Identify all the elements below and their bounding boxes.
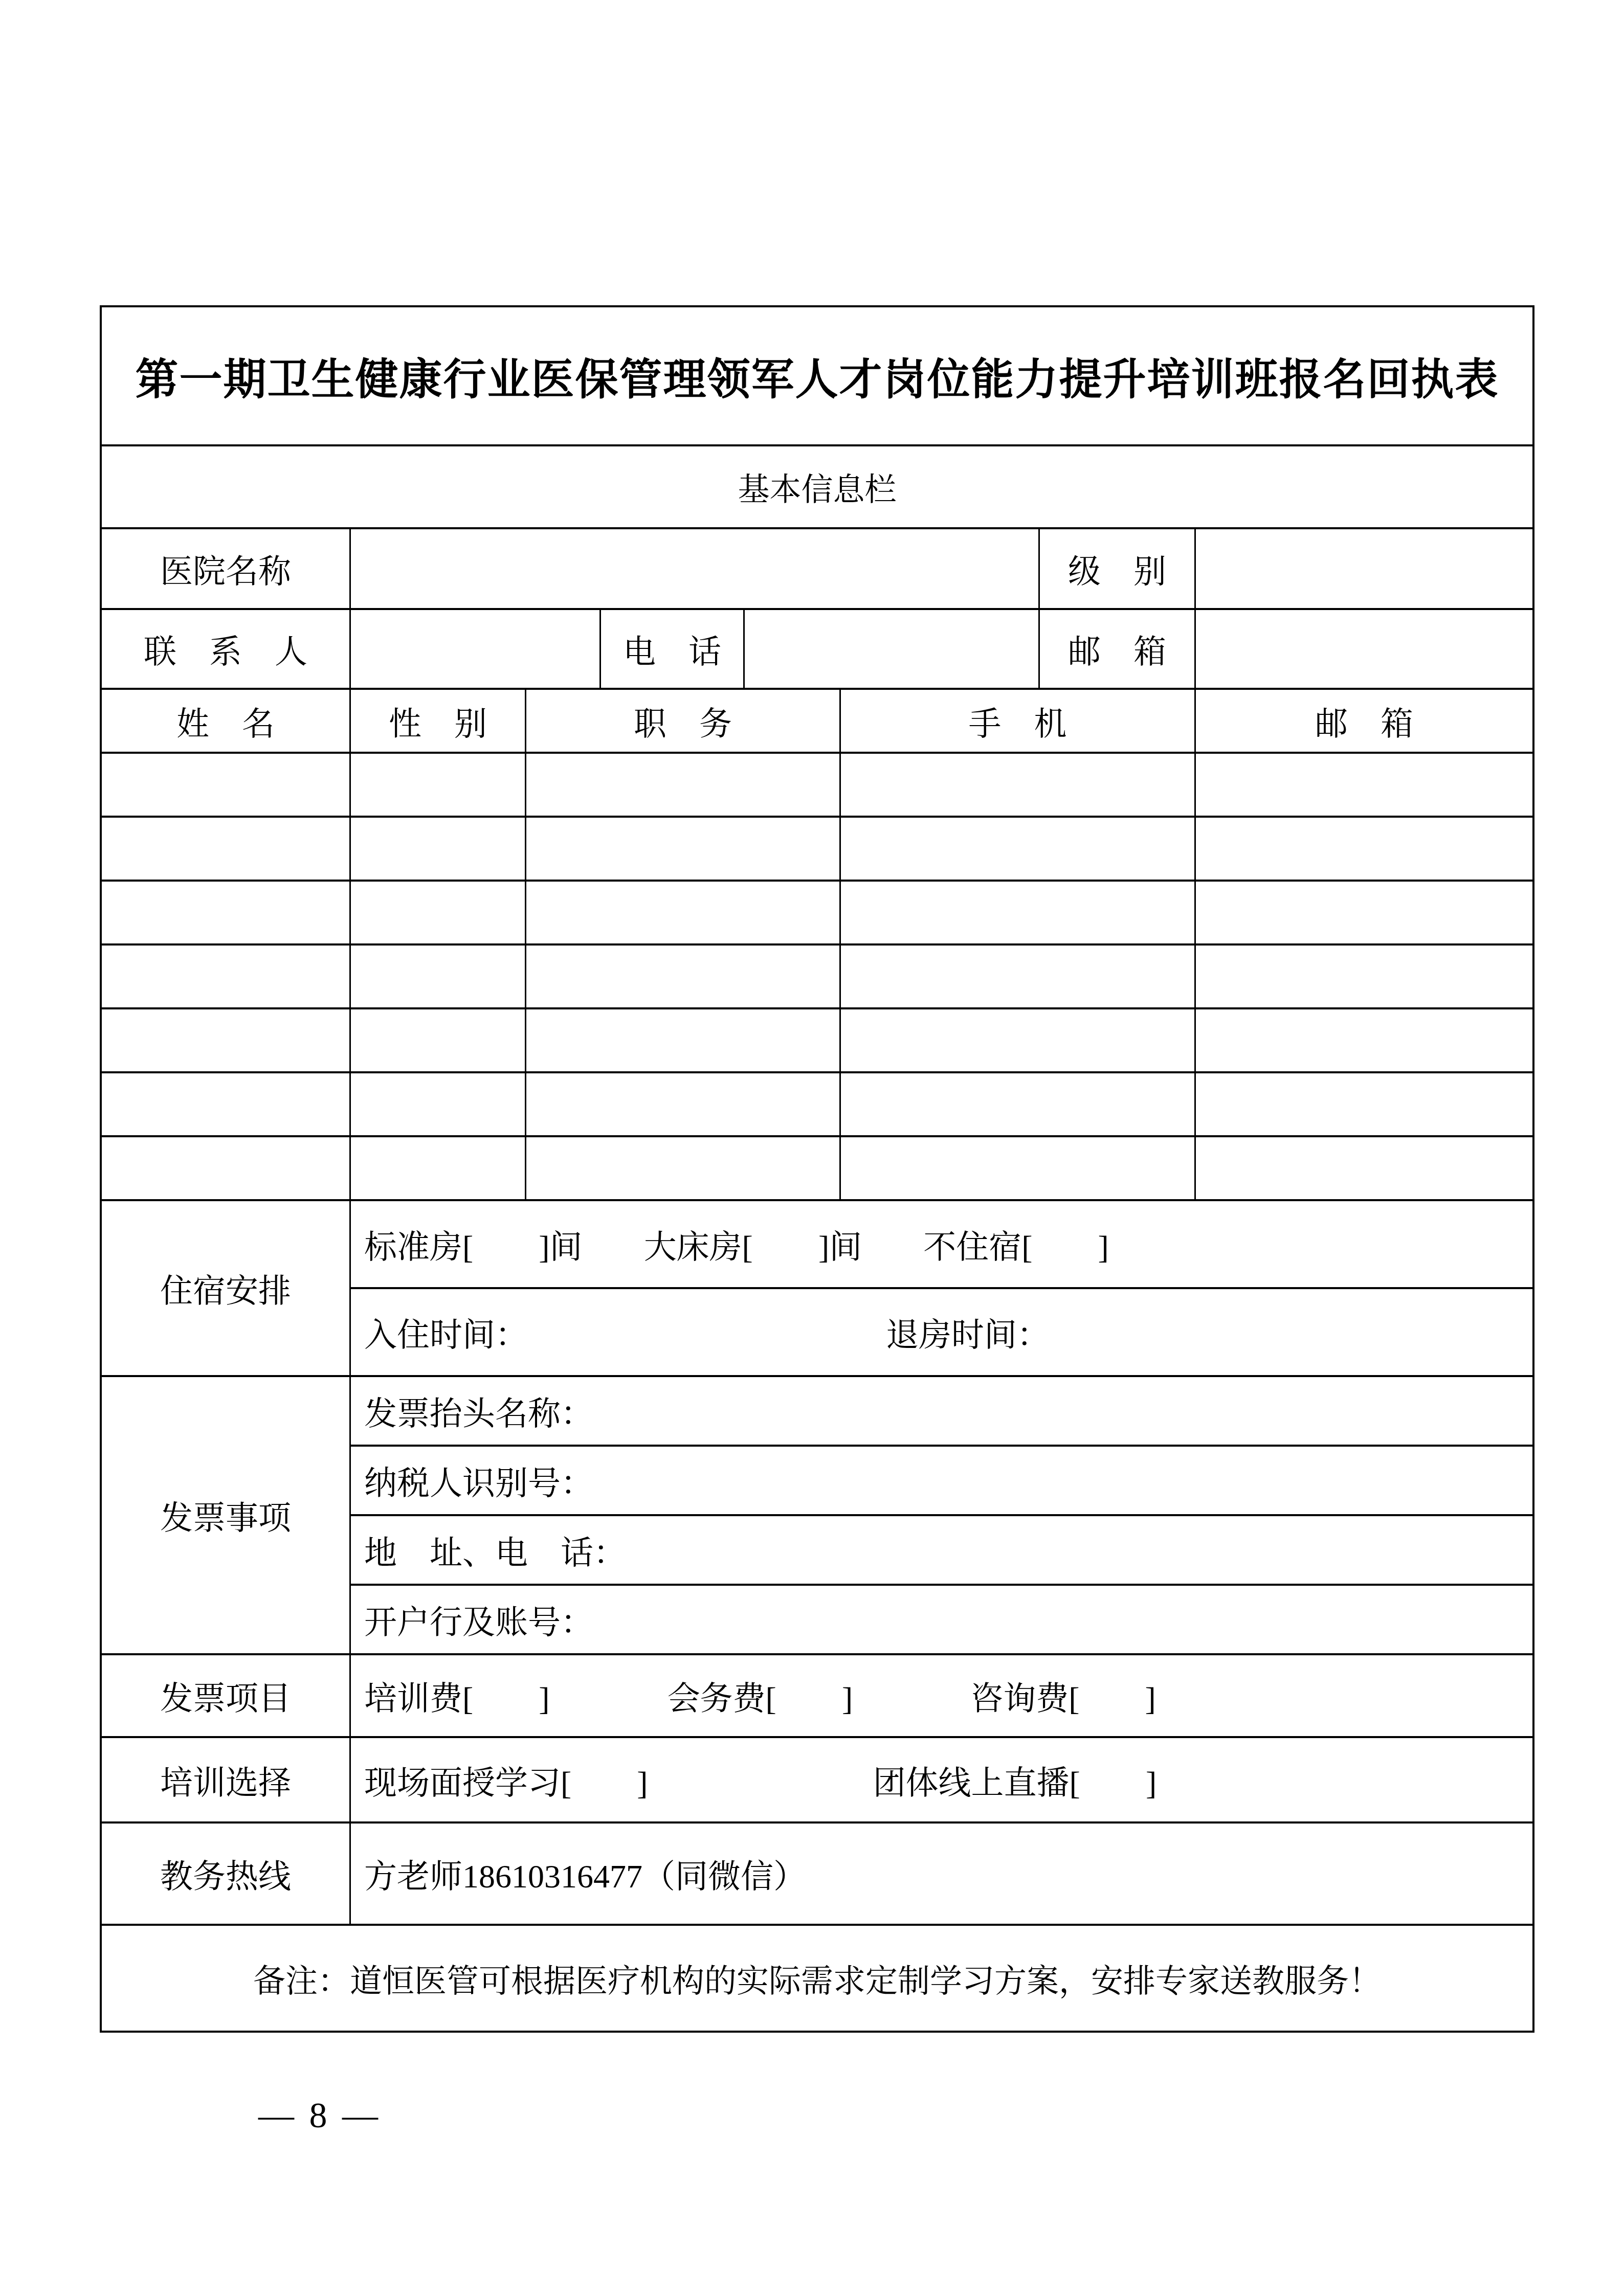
attendee-empty-cell	[102, 1009, 351, 1071]
hospital-name-label: 医院名称	[102, 529, 351, 608]
hotline-row: 教务热线 方老师18610316477（同微信）	[102, 1824, 1532, 1926]
training-choice-row: 培训选择 现场面授学习[ ]团体线上直播[ ]	[102, 1738, 1532, 1824]
invoice-item-option-0: 培训费[ ]	[364, 1672, 550, 1719]
attendee-empty-cell	[351, 1009, 526, 1071]
attendee-empty-cell	[841, 754, 1196, 816]
level-value	[1196, 529, 1532, 608]
attendee-empty-row-5	[102, 1073, 1532, 1137]
attendee-empty-row-2	[102, 882, 1532, 946]
room-option-1: 大床房[ ]间	[644, 1221, 862, 1268]
basic-info-heading: 基本信息栏	[102, 446, 1532, 527]
phone-label: 电 话	[601, 610, 745, 688]
attendee-empty-cell	[102, 818, 351, 880]
attendee-empty-cell	[102, 1073, 351, 1135]
hospital-row: 医院名称 级 别	[102, 529, 1532, 610]
hospital-name-value	[351, 529, 1040, 608]
accommodation-label: 住宿安排	[102, 1201, 351, 1375]
attendee-empty-cell	[351, 1073, 526, 1135]
attendee-empty-cell	[526, 882, 841, 943]
attendee-empty-cell	[841, 882, 1196, 943]
hotline-value: 方老师18610316477（同微信）	[351, 1824, 1532, 1924]
attendee-column-header-1: 性 别	[351, 690, 526, 752]
invoice-field-3: 开户行及账号：	[351, 1586, 1532, 1653]
attendee-empty-cell	[841, 1073, 1196, 1135]
time-field-1: 退房时间：	[886, 1309, 1050, 1356]
invoice-field-1: 纳税人识别号：	[351, 1447, 1532, 1516]
time-field-0: 入住时间：	[364, 1309, 528, 1356]
attendee-empty-cell	[1196, 946, 1532, 1007]
remark-row: 备注：道恒医管可根据医疗机构的实际需求定制学习方案，安排专家送教服务！	[102, 1926, 1532, 2031]
attendee-empty-row-1	[102, 818, 1532, 882]
attendee-empty-cell	[526, 754, 841, 816]
attendee-empty-cell	[1196, 1073, 1532, 1135]
attendee-rows-host	[102, 754, 1532, 1201]
attendee-empty-cell	[1196, 882, 1532, 943]
attendee-empty-cell	[841, 818, 1196, 880]
attendee-empty-cell	[102, 1137, 351, 1199]
attendee-empty-cell	[102, 754, 351, 816]
attendee-empty-cell	[841, 1009, 1196, 1071]
attendee-empty-cell	[1196, 754, 1532, 816]
attendee-empty-cell	[526, 818, 841, 880]
attendee-empty-row-0	[102, 754, 1532, 818]
attendee-empty-cell	[526, 946, 841, 1007]
hotline-label: 教务热线	[102, 1824, 351, 1924]
attendee-column-header-4: 邮 箱	[1196, 690, 1532, 752]
accommodation-row: 住宿安排 标准房[ ]间大床房[ ]间不住宿[ ] 入住时间：退房时间：	[102, 1201, 1532, 1377]
attendee-empty-cell	[841, 946, 1196, 1007]
contact-row: 联 系 人 电 话 邮 箱	[102, 610, 1532, 690]
basic-info-banner-row: 基本信息栏	[102, 446, 1532, 529]
attendee-empty-row-6	[102, 1137, 1532, 1201]
attendee-empty-row-4	[102, 1009, 1532, 1073]
invoice-item-option-2: 咨询费[ ]	[970, 1672, 1156, 1719]
title-row: 第一期卫生健康行业医保管理领军人才岗位能力提升培训班报名回执表	[102, 307, 1532, 446]
invoice-section-label: 发票事项	[102, 1377, 351, 1653]
attendee-empty-cell	[102, 882, 351, 943]
attendee-empty-cell	[1196, 818, 1532, 880]
contact-label: 联 系 人	[102, 610, 351, 688]
contact-value	[351, 610, 601, 688]
attendee-empty-cell	[841, 1137, 1196, 1199]
room-option-0: 标准房[ ]间	[364, 1221, 583, 1268]
training-option-0: 现场面授学习[ ]	[364, 1757, 648, 1804]
attendee-empty-cell	[351, 946, 526, 1007]
attendee-empty-cell	[526, 1137, 841, 1199]
attendee-empty-cell	[526, 1073, 841, 1135]
accommodation-subrows: 标准房[ ]间大床房[ ]间不住宿[ ] 入住时间：退房时间：	[351, 1201, 1532, 1375]
invoice-items-label: 发票项目	[102, 1655, 351, 1736]
attendee-column-header-3: 手 机	[841, 690, 1196, 752]
invoice-item-option-1: 会务费[ ]	[668, 1672, 853, 1719]
attendee-empty-cell	[351, 882, 526, 943]
email-value	[1196, 610, 1532, 688]
remark-text: 备注：道恒医管可根据医疗机构的实际需求定制学习方案，安排专家送教服务！	[102, 1926, 1532, 2031]
attendee-empty-cell	[102, 946, 351, 1007]
attendee-empty-row-3	[102, 946, 1532, 1009]
attendee-column-header-0: 姓 名	[102, 690, 351, 752]
attendee-empty-cell	[1196, 1137, 1532, 1199]
invoice-field-2: 地 址、电 话：	[351, 1516, 1532, 1586]
registration-form-table: 第一期卫生健康行业医保管理领军人才岗位能力提升培训班报名回执表 基本信息栏 医院…	[100, 305, 1534, 2033]
email-label: 邮 箱	[1040, 610, 1196, 688]
room-options-row: 标准房[ ]间大床房[ ]间不住宿[ ]	[351, 1201, 1532, 1289]
attendee-empty-cell	[526, 1009, 841, 1071]
attendee-empty-cell	[351, 1137, 526, 1199]
phone-value	[745, 610, 1040, 688]
training-option-1: 团体线上直播[ ]	[873, 1757, 1157, 1804]
training-options: 现场面授学习[ ]团体线上直播[ ]	[351, 1738, 1532, 1821]
invoice-items-row: 发票项目 培训费[ ]会务费[ ]咨询费[ ]	[102, 1655, 1532, 1738]
page-number: — 8 —	[258, 2096, 381, 2136]
invoice-section-row: 发票事项 发票抬头名称：纳税人识别号：地 址、电 话：开户行及账号：	[102, 1377, 1532, 1655]
attendee-empty-cell	[351, 818, 526, 880]
invoice-item-options: 培训费[ ]会务费[ ]咨询费[ ]	[351, 1655, 1532, 1736]
attendee-empty-cell	[351, 754, 526, 816]
attendee-empty-cell	[1196, 1009, 1532, 1071]
training-choice-label: 培训选择	[102, 1738, 351, 1821]
invoice-fields: 发票抬头名称：纳税人识别号：地 址、电 话：开户行及账号：	[351, 1377, 1532, 1653]
checkin-checkout-row: 入住时间：退房时间：	[351, 1289, 1532, 1375]
invoice-field-0: 发票抬头名称：	[351, 1377, 1532, 1447]
form-title: 第一期卫生健康行业医保管理领军人才岗位能力提升培训班报名回执表	[102, 307, 1532, 444]
room-option-2: 不住宿[ ]	[923, 1221, 1109, 1268]
level-label: 级 别	[1040, 529, 1196, 608]
attendee-header-row: 姓 名性 别职 务手 机邮 箱	[102, 690, 1532, 754]
attendee-column-header-2: 职 务	[526, 690, 841, 752]
